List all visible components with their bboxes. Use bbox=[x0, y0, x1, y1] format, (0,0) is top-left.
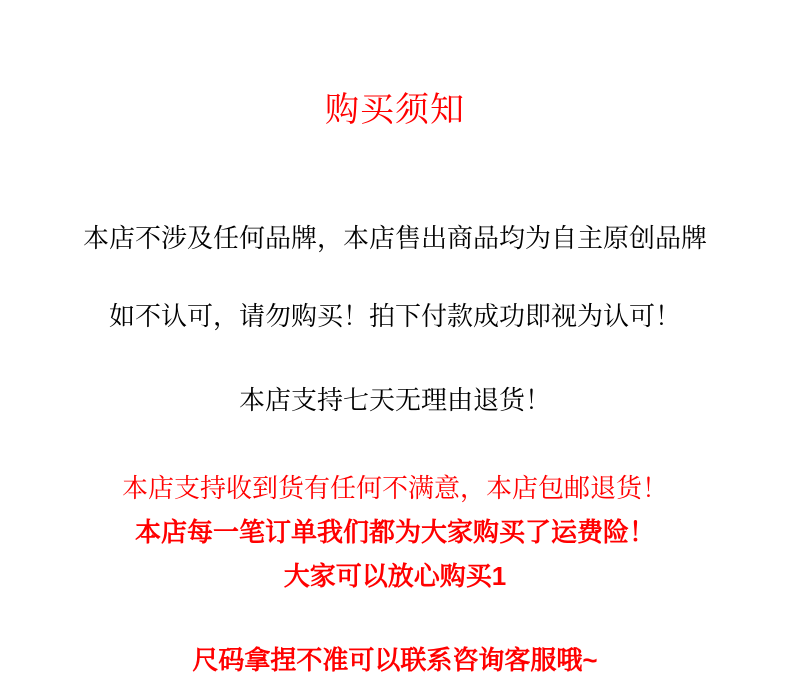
size-consult-service-line: 尺码拿捏不准可以联系咨询客服哦~ bbox=[0, 646, 790, 676]
brand-disclaimer-line: 本店不涉及任何品牌，本店售出商品均为自主原创品牌 bbox=[0, 224, 790, 254]
page-title: 购买须知 bbox=[0, 91, 790, 130]
freight-insurance-line: 本店每一笔订单我们都为大家购买了运费险！ bbox=[0, 518, 790, 548]
no-purchase-warning-line: 如不认可，请勿购买！拍下付款成功即视为认可！ bbox=[0, 302, 790, 332]
free-return-line: 本店支持收到货有任何不满意，本店包邮退货！ bbox=[0, 474, 790, 504]
seven-day-return-line: 本店支持七天无理由退货！ bbox=[0, 386, 790, 416]
rest-assured-line: 大家可以放心购买1 bbox=[0, 562, 790, 592]
purchase-notice-panel: 购买须知 本店不涉及任何品牌，本店售出商品均为自主原创品牌 如不认可，请勿购买！… bbox=[0, 0, 800, 687]
